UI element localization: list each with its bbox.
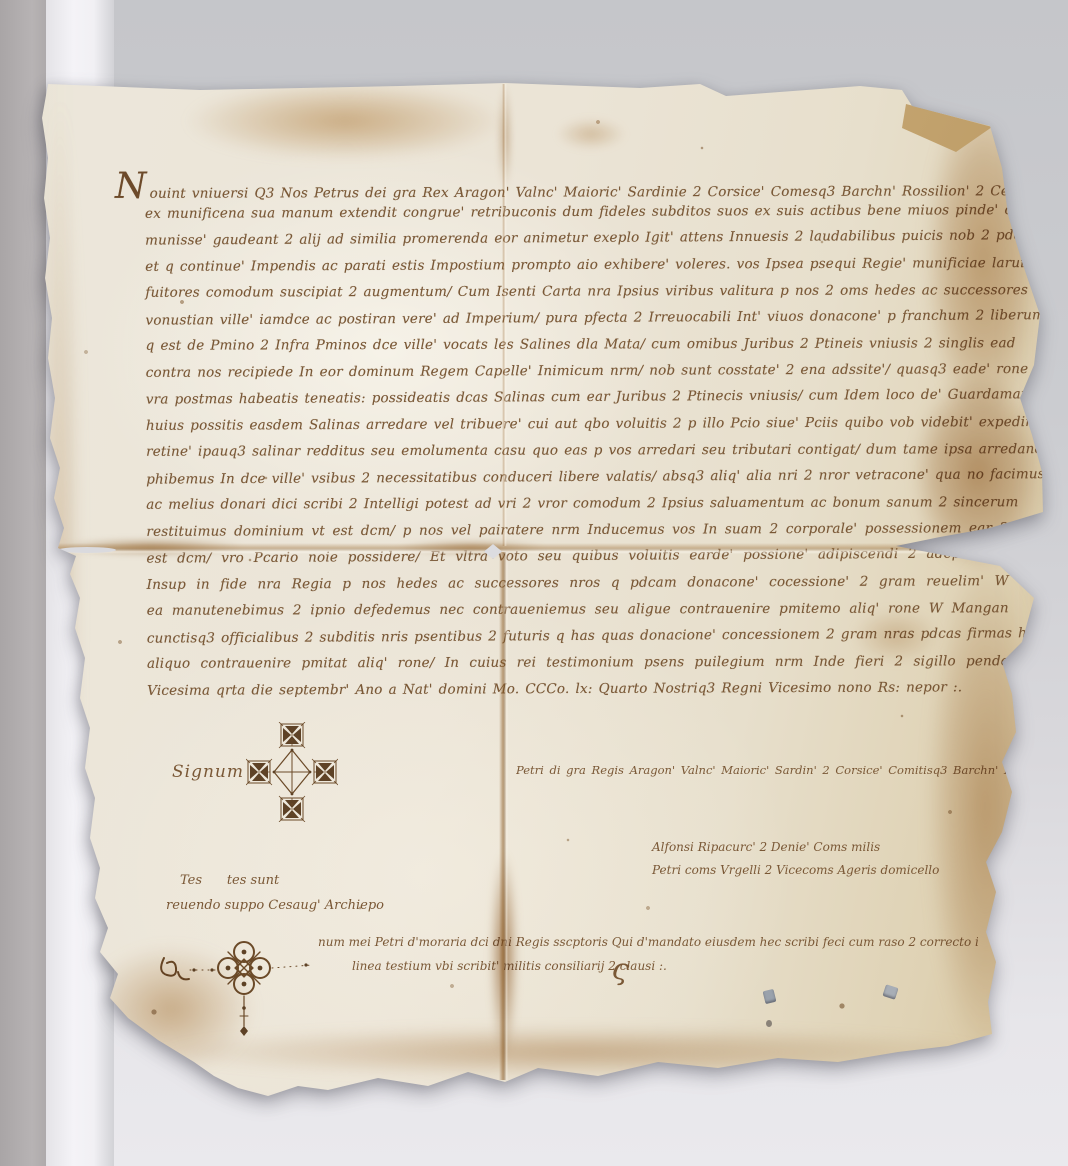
notary-subscription: num mei Petri d'moraria dci dni Regis ss… (318, 930, 978, 978)
testes-block: Tes tes sunt reuendo suppo Cesaug' Archi… (180, 868, 384, 918)
stain (556, 118, 626, 150)
testes-heading: Tes tes sunt (180, 868, 384, 893)
charter-line: cunctisq3 officialibus 2 subditis nris p… (147, 620, 1009, 652)
seal-lace-slit (882, 984, 898, 999)
signum-word: Signum (172, 762, 244, 782)
worm-hole (766, 1020, 772, 1027)
notary-closing-flourish: ς (610, 951, 632, 988)
stain (38, 92, 82, 1042)
charter-line: et q continue' Impendis ac parati estis … (145, 250, 1007, 280)
charter-text-block: Nouint vniuersi Q3 Nos Petrus dei gra Re… (145, 170, 1009, 704)
charter-line: huius possitis easdem Salinas arredare v… (146, 409, 1008, 439)
witness-line: Petri coms Vrgelli 2 Vicecoms Ageris dom… (652, 859, 939, 882)
charter-line: est dcm/ vro Pcario noie possidere/ Et v… (146, 540, 1008, 572)
charter-line: Nouint vniuersi Q3 Nos Petrus dei gra Re… (115, 171, 1007, 200)
charter-line: phibemus In dce ville' vsibus 2 necessit… (146, 461, 1008, 493)
charter-line: retine' ipauq3 salinar redditus seu emol… (146, 436, 1008, 465)
witness-line: Alfonsi Ripacurc' 2 Denie' Coms milis (652, 836, 939, 859)
testes-line: reuendo suppo Cesaug' Archiepo (166, 893, 384, 918)
charter-line: fuitores comodum suscipiat 2 augmentum/ … (145, 277, 1007, 306)
parchment-wrapper: Nouint vniuersi Q3 Nos Petrus dei gra Re… (0, 0, 1068, 1166)
charter-line: vra postmas habeatis teneatis: possideat… (146, 381, 1008, 413)
charter-line: vonustian ville' iamdce ac postiran vere… (145, 302, 1007, 334)
charter-date-line: Vicesima qrta die septembr' Ano a Nat' d… (147, 674, 1009, 704)
charter-line: ea manutenebimus 2 ipnio defedemus nec c… (147, 595, 1009, 624)
notarial-sign-knot (156, 920, 336, 1040)
charter-line: munisse' gaudeant 2 alij ad similia prom… (145, 222, 1007, 254)
royal-signum-cross (246, 722, 338, 822)
charter-line: aliquo contrauenire pmitat aliq' rone/ I… (147, 648, 1009, 677)
charter-line: Insup in fide nra Regia p nos hedes ac s… (147, 568, 1009, 598)
charter-line: ac melius donari dici scribi 2 Intelligi… (146, 489, 1008, 518)
parchment-sheet: Nouint vniuersi Q3 Nos Petrus dei gra Re… (0, 0, 1068, 1166)
signum-royal-title: Petri di gra Regis Aragon' Valnc' Maiori… (516, 763, 1012, 777)
seal-lace-slit (763, 989, 777, 1004)
fold-hole (58, 547, 116, 553)
photo-canvas: Nouint vniuersi Q3 Nos Petrus dei gra Re… (0, 0, 1068, 1166)
witness-block: Alfonsi Ripacurc' 2 Denie' Coms milis Pe… (652, 836, 939, 882)
charter-line: q est de Pmino 2 Infra Pminos dce ville'… (146, 330, 1008, 359)
stain (185, 82, 505, 160)
notary-line: num mei Petri d'moraria dci dni Regis ss… (318, 930, 978, 954)
notary-line: linea testium vbi scribit' militis consi… (352, 954, 978, 978)
